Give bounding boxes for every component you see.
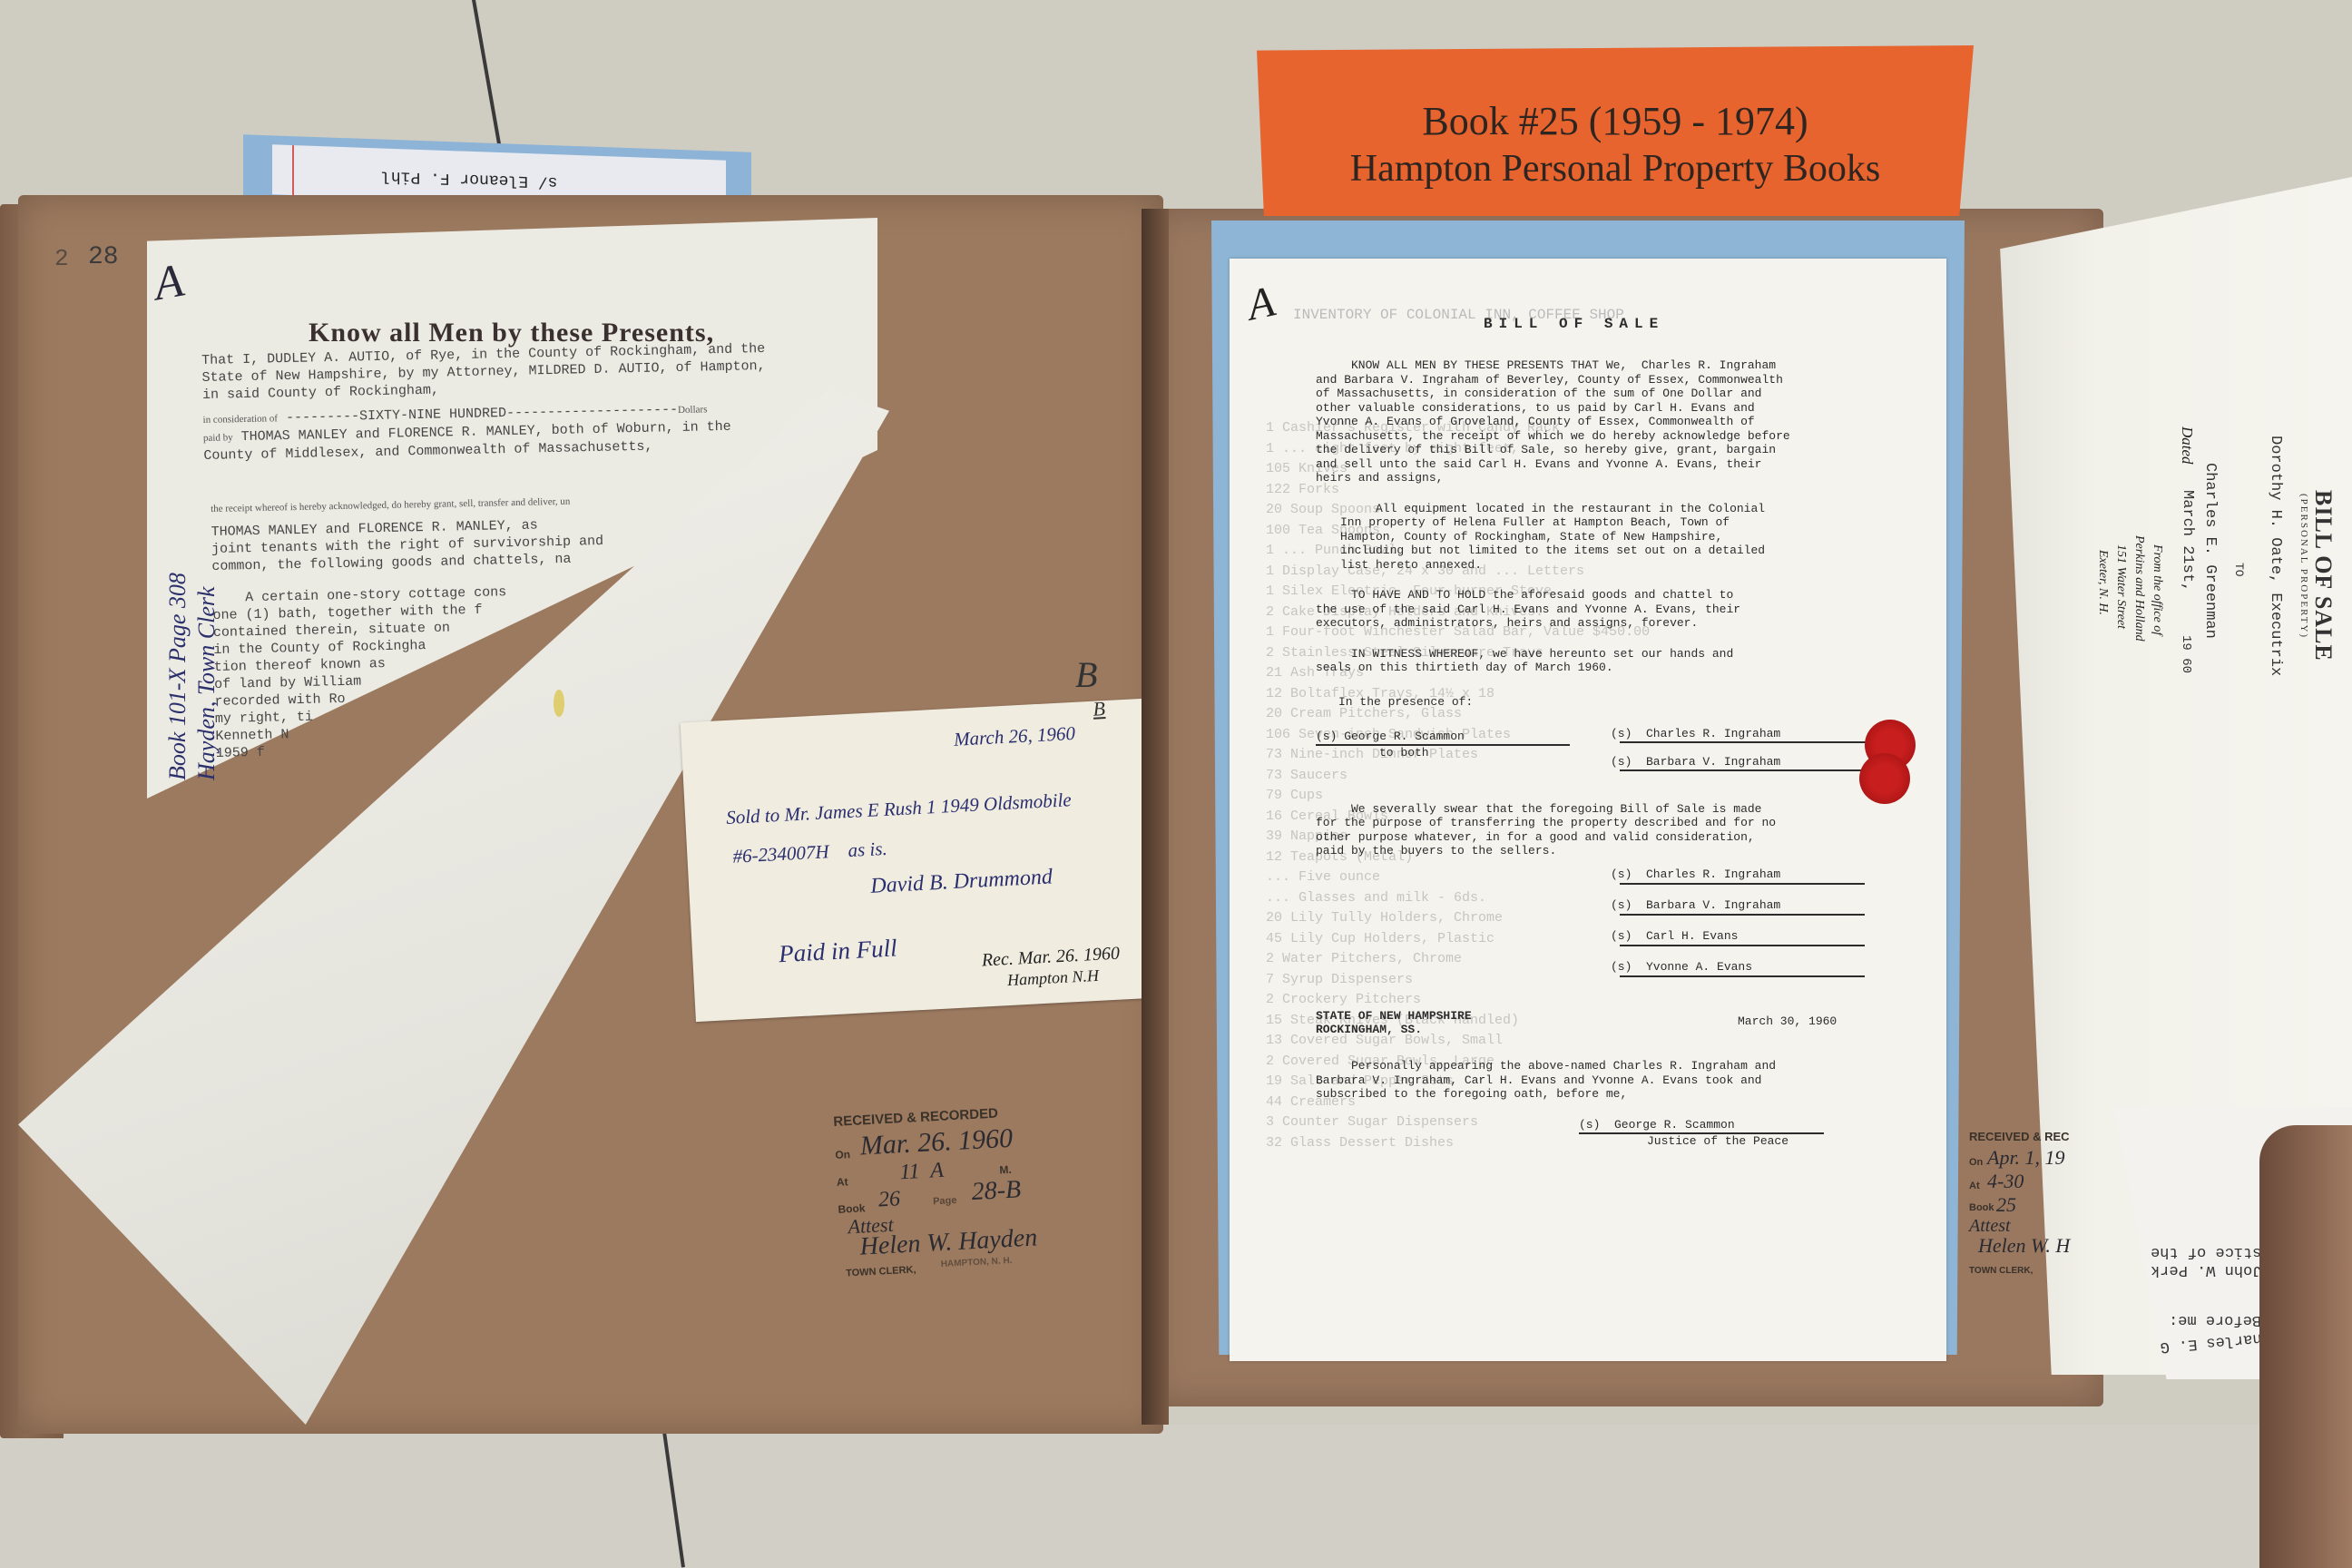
oath-signer: (s) Barbara V. Ingraham bbox=[1611, 898, 1780, 912]
hand-holding-page bbox=[2259, 1125, 2352, 1568]
oath-line: We severally swear that the foregoing Bi… bbox=[1316, 802, 1761, 816]
bill-corner-mark: A bbox=[1243, 277, 1279, 331]
folded-doc-dated-label: Dated bbox=[2178, 426, 2196, 465]
oath-signer: (s) Charles R. Ingraham bbox=[1611, 867, 1780, 881]
signature-line bbox=[1316, 744, 1570, 746]
signature-line bbox=[1620, 741, 1892, 743]
para1-line: Massachusetts, the receipt of which we d… bbox=[1316, 429, 1790, 443]
ghost-inventory-item: 45 Lily Cup Holders, Plastic bbox=[1266, 931, 1494, 946]
office-line: Perkins and Holland bbox=[2131, 535, 2146, 642]
ghost-inventory-item: 73 Saucers bbox=[1266, 768, 1347, 783]
stamp-at-value: 4-30 bbox=[1987, 1170, 2024, 1193]
oath-line: paid by the buyers to the sellers. bbox=[1316, 844, 1556, 857]
stamp-on-label: On bbox=[1969, 1157, 1983, 1168]
ghost-inventory-item: 2 Water Pitchers, Chrome bbox=[1266, 951, 1462, 966]
bill-of-sale-document[interactable]: 1 Cashier's Register with Candy Rack1 ..… bbox=[1230, 259, 1946, 1361]
justice-title: Justice of the Peace bbox=[1647, 1134, 1788, 1148]
margin-line bbox=[292, 145, 294, 200]
stain bbox=[554, 690, 564, 717]
recorded-place: Hampton N.H bbox=[1007, 966, 1100, 990]
page-number-underlay: 2 bbox=[54, 245, 69, 272]
signature-line bbox=[1620, 769, 1892, 771]
stamp-book-value: 26 bbox=[877, 1187, 900, 1212]
office-line: 151 Water Street bbox=[2113, 544, 2128, 629]
stamp-page-value: 28-B bbox=[971, 1175, 1022, 1207]
para3-line: executors, administrators, heirs and ass… bbox=[1316, 616, 1698, 630]
stamp-at-label: At bbox=[1969, 1181, 1980, 1191]
para4-line: IN WITNESS WHEREOF, we have hereunto set… bbox=[1316, 647, 1733, 661]
folded-doc-year: 19 60 bbox=[2179, 635, 2193, 673]
folded-doc-to: Charles E. Greenman bbox=[2201, 463, 2219, 639]
tag-subtitle: Hampton Personal Property Books bbox=[1257, 147, 1974, 191]
ghost-inventory-item: ... Five ounce bbox=[1266, 869, 1380, 885]
office-line: Exeter, N. H. bbox=[2095, 550, 2110, 615]
para4-line: seals on this thirtieth day of March 196… bbox=[1316, 661, 1613, 674]
para1-line: KNOW ALL MEN BY THESE PRESENTS THAT We, … bbox=[1316, 358, 1776, 372]
stamp-book-label: Book bbox=[1969, 1202, 1994, 1213]
jurat-line: Barbara V. Ingraham, Carl H. Evans and Y… bbox=[1316, 1073, 1761, 1087]
page-mark-b: B bbox=[1075, 653, 1097, 696]
margin-note-line: Book 101-X Page 308 bbox=[163, 417, 192, 780]
stamp-on-value: Apr. 1, 19 bbox=[1987, 1146, 2065, 1170]
signature-line bbox=[1620, 914, 1865, 916]
receipt-line1: Sold to Mr. James E Rush 1 1949 Oldsmobi… bbox=[726, 789, 1073, 829]
stamp-page-label: Page bbox=[933, 1195, 957, 1207]
witness-signature: (s) George R. Scammon bbox=[1316, 730, 1465, 743]
deed-body: That I, DUDLEY A. AUTIO, of Rye, in the … bbox=[201, 340, 768, 465]
receipt-card[interactable]: B March 26, 1960 Sold to Mr. James E Rus… bbox=[681, 699, 1159, 1022]
oath-line: other purpose whatever, in for a good an… bbox=[1316, 830, 1755, 844]
folded-doc-from: Dorothy H. Oate, Executrix bbox=[2267, 436, 2284, 676]
receipt-date: March 26, 1960 bbox=[953, 722, 1075, 751]
receipt-signature: David B. Drummond bbox=[870, 865, 1053, 898]
para2-line: All equipment located in the restaurant … bbox=[1340, 502, 1765, 515]
margin-note-line: Hayden, Town Clerk bbox=[192, 417, 221, 780]
presence-label: In the presence of: bbox=[1338, 695, 1473, 709]
receipt-corner-mark: B bbox=[1093, 697, 1106, 721]
margin-note-handwritten: Book 101-X Page 308 Hayden, Town Clerk bbox=[163, 417, 221, 780]
ghost-inventory-item: 20 Lily Tully Holders, Chrome bbox=[1266, 910, 1503, 926]
folded-doc-dated: March 21st, bbox=[2179, 490, 2196, 592]
para2-line: list hereto annexed. bbox=[1340, 558, 1482, 572]
signature-line bbox=[1620, 883, 1865, 885]
venue-date: March 30, 1960 bbox=[1738, 1014, 1837, 1028]
signature-line bbox=[1620, 945, 1865, 946]
para2-line: Inn property of Helena Fuller at Hampton… bbox=[1340, 515, 1730, 529]
seller-signature: (s) Barbara V. Ingraham bbox=[1611, 755, 1780, 769]
recorded-date: Rec. Mar. 26. 1960 bbox=[981, 944, 1120, 972]
para2-line: Hampton, County of Rockingham, State of … bbox=[1340, 530, 1722, 544]
seller-signature: (s) Charles R. Ingraham bbox=[1611, 727, 1780, 740]
signature-line bbox=[1620, 975, 1865, 977]
folded-doc-to-label: TO bbox=[2232, 563, 2246, 577]
ghost-inventory-item: ... Glasses and milk - 6ds. bbox=[1266, 890, 1486, 906]
jurat-line: Personally appearing the above-named Cha… bbox=[1316, 1059, 1776, 1073]
receipt-line2: #6-234007H as is. bbox=[732, 838, 887, 868]
ghost-inventory-item: 79 Cups bbox=[1266, 788, 1323, 803]
stamp-m-label: M. bbox=[999, 1163, 1012, 1177]
stamp-at-value: 11 A bbox=[899, 1159, 945, 1185]
strip-signature: s/ Eleanor F. Pihl bbox=[381, 166, 557, 191]
stamp-on-label: On bbox=[835, 1148, 850, 1161]
orange-label-tag: Book #25 (1959 - 1974) Hampton Personal … bbox=[1257, 45, 1974, 216]
paid-in-full: Paid in Full bbox=[778, 934, 897, 968]
oath-signer: (s) Yvonne A. Evans bbox=[1611, 960, 1752, 974]
ghost-inventory-item: 7 Syrup Dispensers bbox=[1266, 972, 1413, 987]
ghost-inventory-item: 32 Glass Dessert Dishes bbox=[1266, 1135, 1454, 1151]
para1-line: and Barbara V. Ingraham of Beverley, Cou… bbox=[1316, 373, 1783, 387]
stamp-footer: TOWN CLERK, bbox=[1969, 1266, 2033, 1276]
para3-line: TO HAVE AND TO HOLD the aforesaid goods … bbox=[1316, 588, 1733, 602]
bill-title: BILL OF SALE bbox=[1484, 316, 1664, 332]
book-spine bbox=[1142, 209, 1169, 1425]
ghost-inventory-item: 20 Cream Pitchers, Glass bbox=[1266, 706, 1462, 721]
table-surface bbox=[0, 1425, 2352, 1568]
wax-seal bbox=[1859, 753, 1910, 804]
venue-county: ROCKINGHAM, SS. bbox=[1316, 1023, 1422, 1036]
office-line: From the office of bbox=[2150, 544, 2164, 635]
venue-state: STATE OF NEW HAMPSHIRE bbox=[1316, 1009, 1472, 1023]
tag-title: Book #25 (1959 - 1974) bbox=[1257, 98, 1974, 144]
para3-line: the use of the said Carl H. Evans and Yv… bbox=[1316, 603, 1740, 616]
para1-line: heirs and assigns, bbox=[1316, 471, 1443, 485]
folded-doc-title: BILL OF SALE bbox=[2309, 490, 2337, 661]
folded-doc-subtitle: (PERSONAL PROPERTY) bbox=[2298, 494, 2309, 639]
page-number: 28 bbox=[88, 243, 119, 271]
stamp-book-value: 25 bbox=[1996, 1193, 2016, 1217]
jurat-line: subscribed to the foregoing oath, before… bbox=[1316, 1087, 1627, 1101]
justice-signature: (s) George R. Scammon bbox=[1579, 1118, 1735, 1132]
para1-line: other valuable considerations, to us pai… bbox=[1316, 401, 1755, 415]
para2-line: including but not limited to the items s… bbox=[1340, 544, 1765, 557]
stamp-signature: Helen W. H bbox=[1978, 1234, 2070, 1258]
ghost-inventory-item: 2 Crockery Pitchers bbox=[1266, 992, 1421, 1007]
flipped-line: Before me: bbox=[2169, 1311, 2261, 1328]
consideration-unit: Dollars bbox=[678, 404, 708, 416]
oath-signer: (s) Carl H. Evans bbox=[1611, 929, 1738, 943]
stamp-title: RECEIVED & REC bbox=[1969, 1130, 2070, 1143]
stamp-at-label: At bbox=[837, 1175, 848, 1189]
ghost-inventory-item: 73 Nine-inch Dinner Plates bbox=[1266, 747, 1478, 762]
witness-note: to both bbox=[1379, 746, 1429, 759]
ghost-inventory-item: 3 Counter Sugar Dispensers bbox=[1266, 1114, 1478, 1130]
para1-line: the delivery of this Bill of Sale, so he… bbox=[1316, 443, 1776, 456]
para1-line: Yvonne A. Evans of Groveland, County of … bbox=[1316, 415, 1755, 428]
oath-line: for the purpose of transferring the prop… bbox=[1316, 816, 1776, 829]
para1-line: and sell unto the said Carl H. Evans and… bbox=[1316, 457, 1761, 471]
para1-line: of Massachusetts, in consideration of th… bbox=[1316, 387, 1761, 400]
